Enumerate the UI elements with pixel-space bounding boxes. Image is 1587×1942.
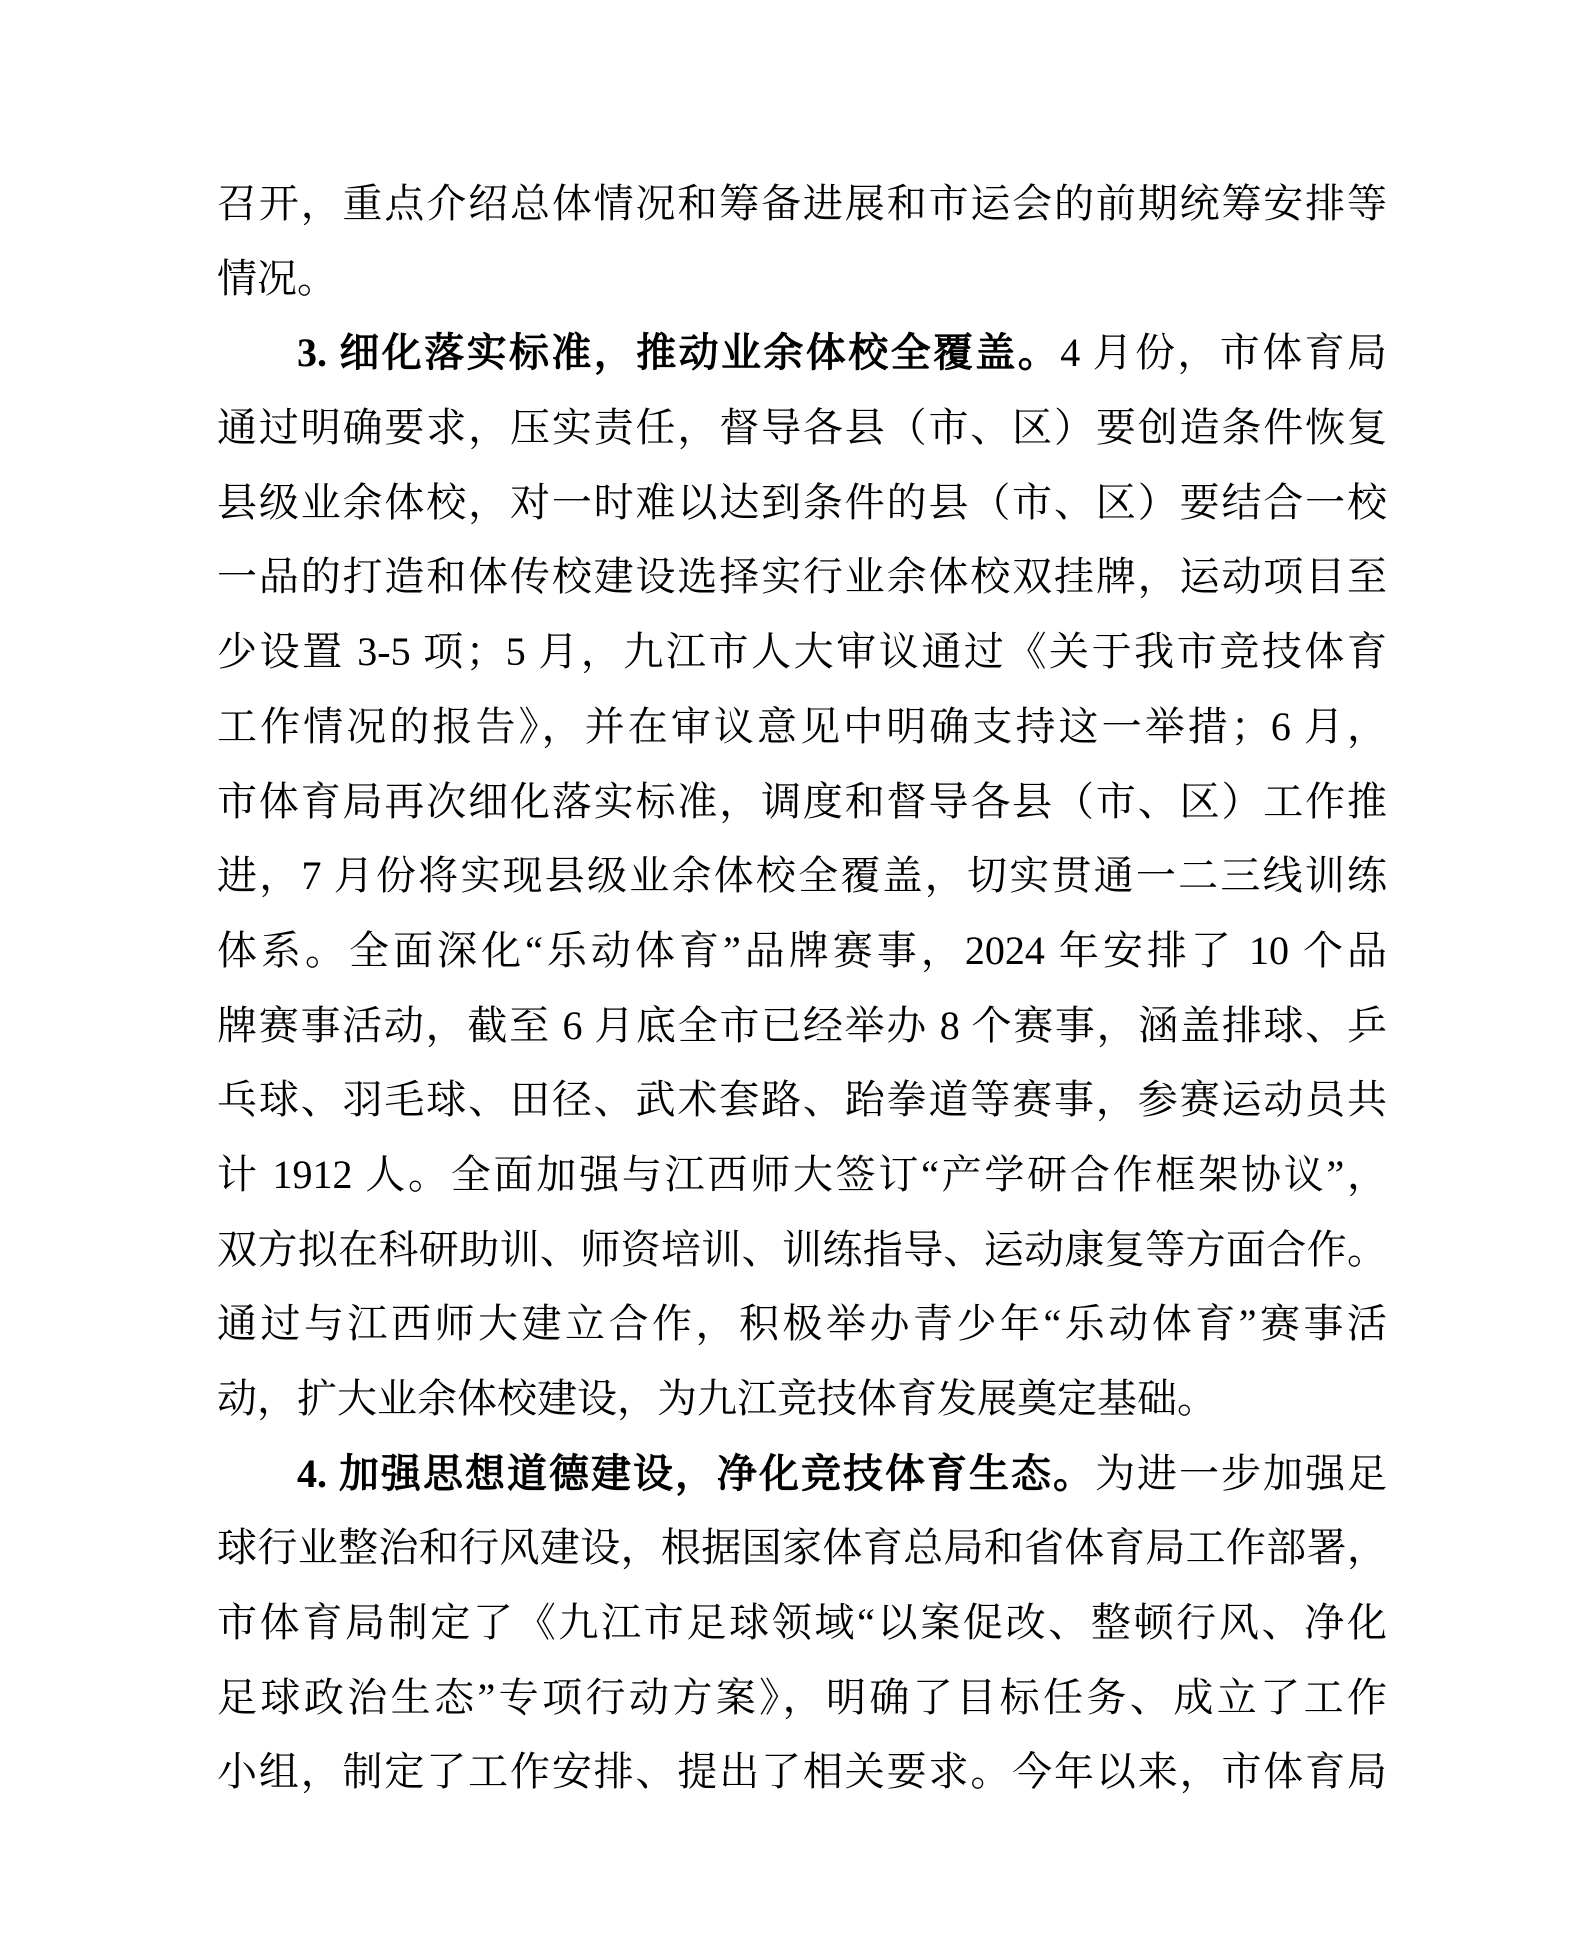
text-line: 市体育局制定了《九江市足球领域“以案促改、整顿行风、净化 xyxy=(217,1586,1387,1661)
text-line: 进，7 月份将实现县级业余体校全覆盖，切实贯通一二三线训练 xyxy=(217,839,1387,914)
text-run: 工作情况的报告》，并在审议意见中明确支持这一举措；6 月， xyxy=(217,704,1387,749)
text-line: 一品的打造和体传校建设选择实行业余体校双挂牌，运动项目至 xyxy=(217,540,1387,615)
text-run: 县级业余体校，对一时难以达到条件的县（市、区）要结合一校 xyxy=(217,480,1387,525)
text-run: 动，扩大业余体校建设，为九江竞技体育发展奠定基础。 xyxy=(217,1376,1217,1421)
text-run: 市体育局制定了《九江市足球领域“以案促改、整顿行风、净化 xyxy=(217,1600,1387,1645)
text-run: 球行业整治和行风建设，根据国家体育总局和省体育局工作部署， xyxy=(217,1525,1387,1570)
text-line: 少设置 3-5 项；5 月，九江市人大审议通过《关于我市竞技体育 xyxy=(217,615,1387,690)
text-run: 小组，制定了工作安排、提出了相关要求。今年以来，市体育局 xyxy=(217,1749,1387,1794)
text-run: 计 1912 人。全面加强与江西师大签订“产学研合作框架协议”， xyxy=(217,1152,1387,1197)
text-line: 动，扩大业余体校建设，为九江竞技体育发展奠定基础。 xyxy=(217,1362,1387,1437)
text-line: 球行业整治和行风建设，根据国家体育总局和省体育局工作部署， xyxy=(217,1511,1387,1586)
text-line: 县级业余体校，对一时难以达到条件的县（市、区）要结合一校 xyxy=(217,466,1387,541)
text-run: 召开，重点介绍总体情况和筹备进展和市运会的前期统筹安排等 xyxy=(217,181,1387,226)
text-run: 通过明确要求，压实责任，督导各县（市、区）要创造条件恢复 xyxy=(217,405,1387,450)
text-line: 乓球、羽毛球、田径、武术套路、跆拳道等赛事，参赛运动员共 xyxy=(217,1063,1387,1138)
text-line: 召开，重点介绍总体情况和筹备进展和市运会的前期统筹安排等 xyxy=(217,167,1387,242)
text-line: 市体育局再次细化落实标准，调度和督导各县（市、区）工作推 xyxy=(217,765,1387,840)
heading-run: 4. 加强思想道德建设，净化竞技体育生态。 xyxy=(297,1451,1095,1496)
text-run: 情况。 xyxy=(217,256,337,301)
text-run: 4 月份，市体育局 xyxy=(1060,330,1387,375)
text-line: 足球政治生态”专项行动方案》，明确了目标任务、成立了工作 xyxy=(217,1661,1387,1736)
text-line: 双方拟在科研助训、师资培训、训练指导、运动康复等方面合作。 xyxy=(217,1213,1387,1288)
text-line: 工作情况的报告》，并在审议意见中明确支持这一举措；6 月， xyxy=(217,690,1387,765)
text-run: 牌赛事活动，截至 6 月底全市已经举办 8 个赛事，涵盖排球、乒 xyxy=(217,1003,1387,1048)
document-body: 召开，重点介绍总体情况和筹备进展和市运会的前期统筹安排等情况。3. 细化落实标准… xyxy=(217,167,1387,1810)
heading-run: 3. 细化落实标准，推动业余体校全覆盖。 xyxy=(297,330,1060,375)
text-run: 双方拟在科研助训、师资培训、训练指导、运动康复等方面合作。 xyxy=(217,1227,1387,1272)
text-run: 为进一步加强足 xyxy=(1095,1451,1387,1496)
text-line: 计 1912 人。全面加强与江西师大签订“产学研合作框架协议”， xyxy=(217,1138,1387,1213)
document-page: 召开，重点介绍总体情况和筹备进展和市运会的前期统筹安排等情况。3. 细化落实标准… xyxy=(0,0,1587,1942)
text-line: 牌赛事活动，截至 6 月底全市已经举办 8 个赛事，涵盖排球、乒 xyxy=(217,989,1387,1064)
text-line: 4. 加强思想道德建设，净化竞技体育生态。为进一步加强足 xyxy=(217,1437,1387,1512)
text-run: 乓球、羽毛球、田径、武术套路、跆拳道等赛事，参赛运动员共 xyxy=(217,1077,1387,1122)
text-line: 通过与江西师大建立合作，积极举办青少年“乐动体育”赛事活 xyxy=(217,1287,1387,1362)
text-line: 3. 细化落实标准，推动业余体校全覆盖。4 月份，市体育局 xyxy=(217,316,1387,391)
text-run: 一品的打造和体传校建设选择实行业余体校双挂牌，运动项目至 xyxy=(217,554,1387,599)
text-line: 通过明确要求，压实责任，督导各县（市、区）要创造条件恢复 xyxy=(217,391,1387,466)
text-line: 小组，制定了工作安排、提出了相关要求。今年以来，市体育局 xyxy=(217,1735,1387,1810)
text-run: 足球政治生态”专项行动方案》，明确了目标任务、成立了工作 xyxy=(217,1675,1387,1720)
text-run: 少设置 3-5 项；5 月，九江市人大审议通过《关于我市竞技体育 xyxy=(217,629,1387,674)
text-run: 体系。全面深化“乐动体育”品牌赛事，2024 年安排了 10 个品 xyxy=(217,928,1387,973)
text-run: 通过与江西师大建立合作，积极举办青少年“乐动体育”赛事活 xyxy=(217,1301,1387,1346)
text-run: 进，7 月份将实现县级业余体校全覆盖，切实贯通一二三线训练 xyxy=(217,853,1387,898)
text-line: 体系。全面深化“乐动体育”品牌赛事，2024 年安排了 10 个品 xyxy=(217,914,1387,989)
text-line: 情况。 xyxy=(217,242,1387,317)
text-run: 市体育局再次细化落实标准，调度和督导各县（市、区）工作推 xyxy=(217,779,1387,824)
